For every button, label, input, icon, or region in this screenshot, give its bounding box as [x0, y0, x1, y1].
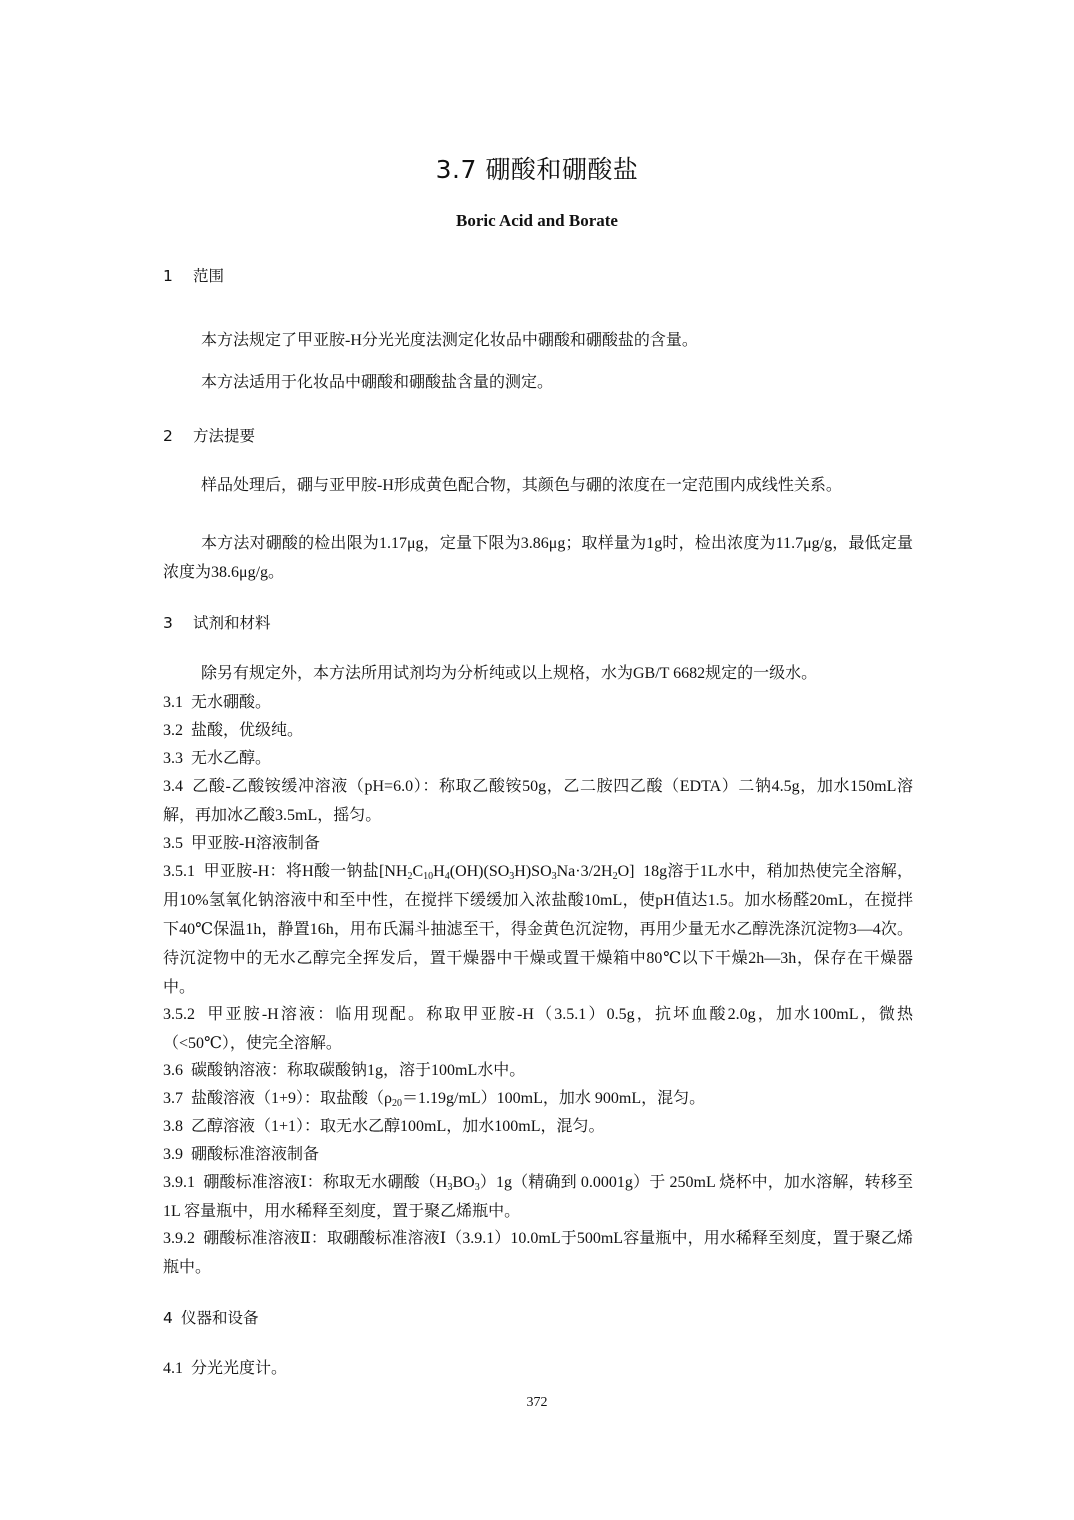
- list-item: 3.4 乙酸-乙酸铵缓冲溶液（pH=6.0）：称取乙酸铵50g，乙二胺四乙酸（E…: [163, 772, 913, 830]
- list-item: 3.5.2 甲亚胺-H溶液：临用现配。称取甲亚胺-H（3.5.1）0.5g，抗坏…: [163, 1000, 913, 1058]
- page-number: 372: [0, 1395, 1074, 1411]
- paragraph: 样品处理后，硼与亚甲胺-H形成黄色配合物，其颜色与硼的浓度在一定范围内成线性关系…: [163, 471, 913, 500]
- paragraph: 本方法规定了甲亚胺-H分光光度法测定化妆品中硼酸和硼酸盐的含量。: [163, 326, 913, 355]
- list-item: 3.7 盐酸溶液（1+9）：取盐酸（ρ20＝1.19g/mL）100mL，加水 …: [163, 1084, 913, 1113]
- list-item: 4.1 分光光度计。: [163, 1354, 913, 1383]
- list-item: 3.2 盐酸，优级纯。: [163, 716, 913, 745]
- list-item: 3.9.1 硼酸标准溶液Ⅰ：称取无水硼酸（H3BO3）1g（精确到 0.0001…: [163, 1168, 913, 1226]
- list-item: 3.6 碳酸钠溶液：称取碳酸钠1g，溶于100mL水中。: [163, 1056, 913, 1085]
- list-item: 3.8 乙醇溶液（1+1）：取无水乙醇100mL，加水100mL，混匀。: [163, 1112, 913, 1141]
- list-item: 3.3 无水乙醇。: [163, 744, 913, 773]
- section-heading-scope: 1范围: [163, 264, 224, 286]
- page-subtitle: Boric Acid and Borate: [0, 211, 1074, 231]
- list-item: 3.9 硼酸标准溶液制备: [163, 1140, 913, 1169]
- list-item: 3.1 无水硼酸。: [163, 688, 913, 717]
- paragraph: 除另有规定外，本方法所用试剂均为分析纯或以上规格，水为GB/T 6682规定的一…: [163, 659, 913, 688]
- list-item: 3.5.1 甲亚胺-H：将H酸一钠盐[NH2C10H4(OH)(SO3H)SO3…: [163, 857, 913, 1002]
- list-item: 3.5 甲亚胺-H溶液制备: [163, 829, 913, 858]
- section-heading-instruments: 4仪器和设备: [163, 1306, 259, 1328]
- list-item: 3.9.2 硼酸标准溶液Ⅱ：取硼酸标准溶液Ⅰ（3.9.1）10.0mL于500m…: [163, 1224, 913, 1282]
- paragraph: 本方法对硼酸的检出限为1.17μg，定量下限为3.86μg；取样量为1g时，检出…: [163, 529, 913, 587]
- paragraph: 本方法适用于化妆品中硼酸和硼酸盐含量的测定。: [163, 368, 913, 397]
- page-title: 3.7 硼酸和硼酸盐: [0, 150, 1074, 186]
- document-page: 3.7 硼酸和硼酸盐 Boric Acid and Borate 1范围 本方法…: [0, 0, 1074, 1520]
- section-heading-reagents: 3试剂和材料: [163, 611, 271, 633]
- section-heading-principle: 2方法提要: [163, 424, 255, 446]
